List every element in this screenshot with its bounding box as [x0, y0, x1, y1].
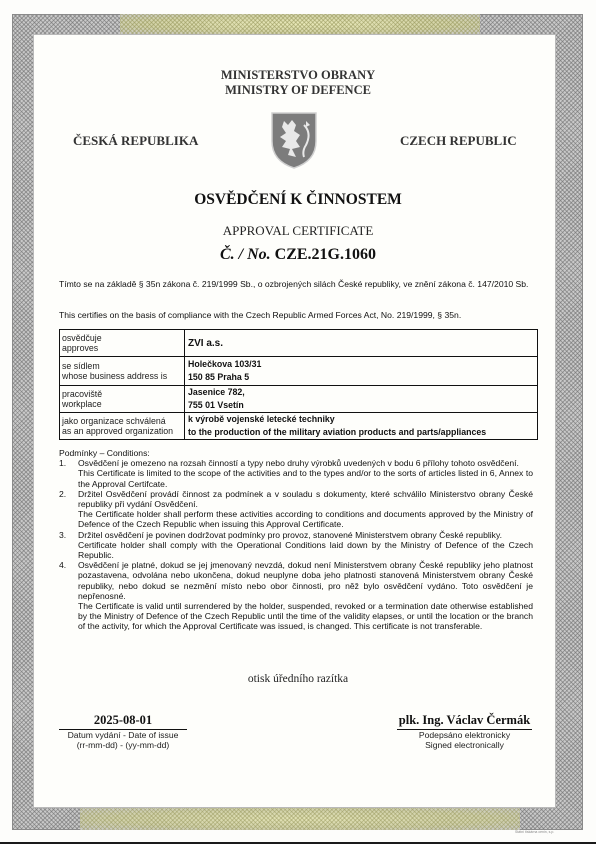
- ministry-name-cz: MINISTERSTVO OBRANY: [0, 68, 596, 83]
- condition-item: 1. Osvědčení je omezeno na rozsah činnos…: [59, 458, 533, 489]
- certificate-title-cz: OSVĚDČENÍ K ČINNOSTEM: [0, 191, 596, 209]
- intro-cz: Tímto se na základě § 35n zákona č. 219/…: [59, 279, 539, 290]
- country-name-en: CZECH REPUBLIC: [400, 133, 517, 149]
- condition-item: 2. Držitel Osvědčení provádí činnost za …: [59, 489, 533, 530]
- row-label: se sídlem whose business address is: [60, 357, 185, 386]
- table-row: se sídlem whose business address is Hole…: [60, 357, 538, 386]
- ministry-name-en: MINISTRY OF DEFENCE: [0, 83, 596, 98]
- row-label: jako organizace schválená as an approved…: [60, 413, 185, 440]
- row-value-company: ZVI a.s.: [185, 330, 538, 357]
- signatory-name: plk. Ing. Václav Čermák: [397, 713, 532, 730]
- coat-of-arms-icon: [270, 111, 318, 169]
- signature-label-en: Signed electronically: [397, 740, 532, 750]
- certificate-number-value: CZE.21G.1060: [275, 246, 376, 263]
- certificate-title-en: APPROVAL CERTIFICATE: [0, 223, 596, 239]
- issue-date-block: 2025-08-01 Datum vydání - Date of issue …: [59, 713, 187, 750]
- certificate-number: Č. / No. CZE.21G.1060: [0, 246, 596, 264]
- row-label: osvědčuje approves: [60, 330, 185, 357]
- printer-imprint: Státní tiskárna cenin, s.p.: [515, 830, 554, 834]
- signature-label-cz: Podepsáno elektronicky: [397, 730, 532, 740]
- official-stamp-placeholder: otisk úředního razítka: [0, 673, 596, 685]
- row-value-address: Holečkova 103/31 150 85 Praha 5: [185, 357, 538, 386]
- row-label: pracoviště workplace: [60, 386, 185, 413]
- issue-date-format: (rr-mm-dd) - (yy-mm-dd): [59, 740, 187, 750]
- certificate-details-table: osvědčuje approves ZVI a.s. se sídlem wh…: [59, 329, 538, 440]
- signature-block: plk. Ing. Václav Čermák Podepsáno elektr…: [397, 713, 532, 750]
- certificate-number-prefix: Č. / No.: [220, 246, 271, 263]
- certificate-page: MINISTERSTVO OBRANY MINISTRY OF DEFENCE …: [0, 0, 596, 842]
- table-row: pracoviště workplace Jasenice 782, 755 0…: [60, 386, 538, 413]
- country-name-cz: ČESKÁ REPUBLIKA: [73, 133, 198, 149]
- condition-item: 4. Osvědčení je platné, dokud se jej jme…: [59, 560, 533, 631]
- row-value-approval-scope: k výrobě vojenské letecké techniky to th…: [185, 413, 538, 440]
- table-row: osvědčuje approves ZVI a.s.: [60, 330, 538, 357]
- conditions-heading: Podmínky – Conditions:: [59, 448, 533, 458]
- border-accent-bottom: [80, 808, 520, 830]
- table-row: jako organizace schválená as an approved…: [60, 413, 538, 440]
- issue-date: 2025-08-01: [59, 713, 187, 730]
- issue-date-label: Datum vydání - Date of issue: [59, 730, 187, 740]
- row-value-workplace: Jasenice 782, 755 01 Vsetín: [185, 386, 538, 413]
- intro-en: This certifies on the basis of complianc…: [59, 310, 539, 321]
- condition-item: 3. Držitel osvědčení je povinen dodržova…: [59, 530, 533, 561]
- conditions-section: Podmínky – Conditions: 1. Osvědčení je o…: [59, 448, 533, 632]
- border-accent-top: [120, 14, 480, 34]
